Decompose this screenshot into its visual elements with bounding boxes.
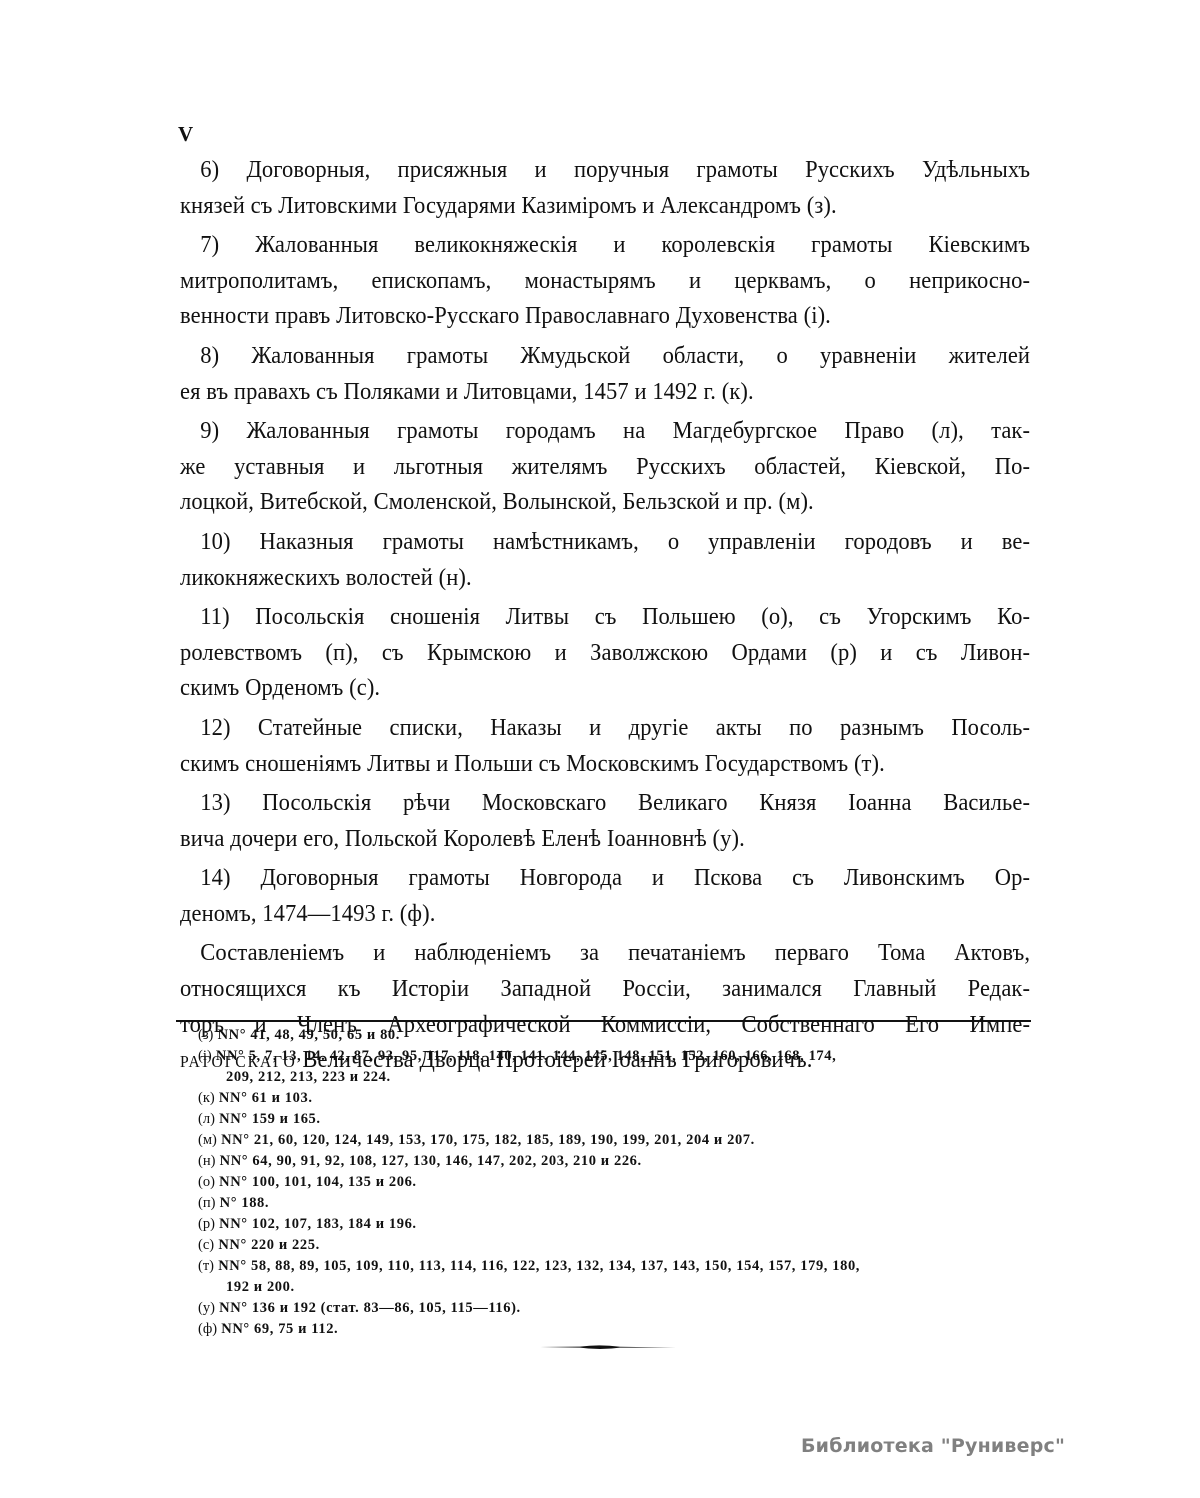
footnote-mark: (ф) (198, 1321, 217, 1337)
footnote: (н) NN° 64, 90, 91, 92, 108, 127, 130, 1… (198, 1151, 1038, 1172)
footnote-text: NN° 58, 88, 89, 105, 109, 110, 113, 114,… (214, 1258, 860, 1274)
footnote-text: NN° 21, 60, 120, 124, 149, 153, 170, 175… (217, 1132, 755, 1148)
footnote: (з) NN° 41, 48, 49, 50, 65 и 80. (198, 1025, 1038, 1046)
footnote-mark: (н) (198, 1153, 215, 1169)
footnote-text: NN° 100, 101, 104, 135 и 206. (215, 1174, 417, 1190)
text-line: князей съ Литовскими Государями Казиміро… (180, 188, 1030, 224)
footnote: (к) NN° 61 и 103. (198, 1088, 1038, 1109)
footnote: (л) NN° 159 и 165. (198, 1109, 1038, 1130)
footnote-mark: (р) (198, 1216, 215, 1232)
text-line: ролевствомъ (п), съ Крымскою и Заволжско… (180, 635, 1030, 671)
footnote-text: N° 188. (215, 1195, 269, 1211)
main-text: 6) Договорныя, присяжныя и поручныя грам… (180, 152, 1030, 1078)
footnote-mark: (к) (198, 1090, 215, 1106)
footnote-mark: (у) (198, 1300, 215, 1316)
footnote-text: NN° 69, 75 и 112. (217, 1321, 338, 1337)
footnote: (п) N° 188. (198, 1193, 1038, 1214)
footnote: (у) NN° 136 и 192 (стат. 83—86, 105, 115… (198, 1298, 1038, 1319)
footnote-text: NN° 136 и 192 (стат. 83—86, 105, 115—116… (215, 1300, 521, 1316)
text-line: 10) Наказныя грамоты намѣстникамъ, о упр… (180, 524, 1030, 560)
library-watermark: Библиотека "Руниверс" (801, 1435, 1065, 1457)
footnote-mark: (м) (198, 1132, 217, 1148)
text-line: ея въ правахъ съ Поляками и Литовцами, 1… (180, 374, 1030, 410)
footnote: (т) NN° 58, 88, 89, 105, 109, 110, 113, … (198, 1256, 1038, 1277)
text-line: скимъ Орденомъ (с). (180, 670, 1030, 706)
footnote-text: NN° 102, 107, 183, 184 и 196. (215, 1216, 417, 1232)
text-line: 6) Договорныя, присяжныя и поручныя грам… (180, 152, 1030, 188)
footnote: (ф) NN° 69, 75 и 112. (198, 1319, 1038, 1340)
page-number: V (178, 122, 193, 147)
footnote-mark: (л) (198, 1111, 215, 1127)
footnote-mark: (с) (198, 1237, 214, 1253)
text-line: 14) Договорныя грамоты Новгорода и Псков… (180, 860, 1030, 896)
text-line: ликокняжескихъ волостей (н). (180, 560, 1030, 596)
text-line: скимъ сношеніямъ Литвы и Польши съ Моско… (180, 746, 1030, 782)
text-line: 12) Статейные списки, Наказы и другіе ак… (180, 710, 1030, 746)
text-line: 13) Посольскія рѣчи Московскаго Великаго… (180, 785, 1030, 821)
text-line: же уставныя и льготныя жителямъ Русскихъ… (180, 449, 1030, 485)
text-line: 11) Посольскія сношенія Литвы съ Польшею… (180, 599, 1030, 635)
footnote-text: NN° 41, 48, 49, 50, 65 и 80. (213, 1027, 400, 1043)
text-line: 8) Жалованныя грамоты Жмудьской области,… (180, 338, 1030, 374)
footnote-separator (176, 1020, 1031, 1022)
footnote-continuation: 209, 212, 213, 223 и 224. (198, 1067, 1038, 1088)
end-ornament-icon (540, 1343, 676, 1351)
footnote: (о) NN° 100, 101, 104, 135 и 206. (198, 1172, 1038, 1193)
text-line: относящихся къ Исторіи Западной Россіи, … (180, 971, 1030, 1007)
footnote-mark: (п) (198, 1195, 215, 1211)
footnote-text: NN° 64, 90, 91, 92, 108, 127, 130, 146, … (215, 1153, 641, 1169)
text-line: вича дочери его, Польской Королевѣ Еленѣ… (180, 821, 1030, 857)
text-line: 7) Жалованныя великокняжескія и королевс… (180, 227, 1030, 263)
footnote-continuation: 192 и 200. (198, 1277, 1038, 1298)
footnote-mark: (з) (198, 1027, 213, 1043)
text-line: Составленіемъ и наблюденіемъ за печатані… (180, 935, 1030, 971)
footnotes: (з) NN° 41, 48, 49, 50, 65 и 80.(і) NN° … (198, 1025, 1038, 1340)
footnote: (м) NN° 21, 60, 120, 124, 149, 153, 170,… (198, 1130, 1038, 1151)
footnote-text: NN° 5, 7, 13, 14. 42, 87, 93, 95, 117, 1… (212, 1048, 837, 1064)
footnote-text: NN° 61 и 103. (215, 1090, 313, 1106)
footnote-mark: (і) (198, 1048, 212, 1064)
footnote-text: NN° 159 и 165. (215, 1111, 321, 1127)
text-line: 9) Жалованныя грамоты городамъ на Магдеб… (180, 413, 1030, 449)
footnote: (і) NN° 5, 7, 13, 14. 42, 87, 93, 95, 11… (198, 1046, 1038, 1067)
footnote-text: NN° 220 и 225. (214, 1237, 320, 1253)
text-line: митрополитамъ, епископамъ, монастырямъ и… (180, 263, 1030, 299)
text-line: деномъ, 1474—1493 г. (ф). (180, 896, 1030, 932)
footnote-mark: (т) (198, 1258, 214, 1274)
text-line: венности правъ Литовско-Русскаго Правосл… (180, 298, 1030, 334)
footnote-mark: (о) (198, 1174, 215, 1190)
footnote: (р) NN° 102, 107, 183, 184 и 196. (198, 1214, 1038, 1235)
footnote: (с) NN° 220 и 225. (198, 1235, 1038, 1256)
text-line: лоцкой, Витебской, Смоленской, Волынской… (180, 484, 1030, 520)
